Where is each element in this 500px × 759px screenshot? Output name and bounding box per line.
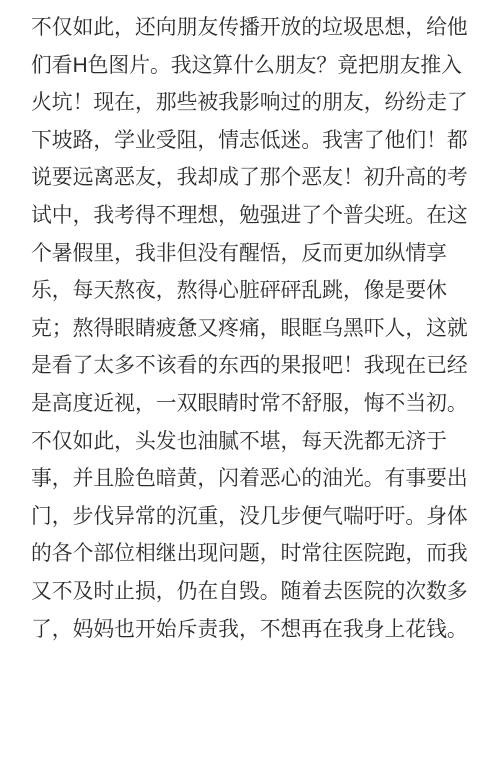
text-line: 又不及时止损，仍在自毁。随着去医院的次数多 (31, 573, 475, 611)
text-line: 了，妈妈也开始斥责我，不想再在我身上花钱。 (31, 611, 475, 649)
text-line: 克；熬得眼睛疲惫又疼痛，眼眶乌黑吓人，这就 (31, 310, 475, 348)
text-line: 是看了太多不该看的东西的果报吧！我现在已经 (31, 347, 475, 385)
text-line: 说要远离恶友，我却成了那个恶友！初升高的考 (31, 159, 475, 197)
text-line: 试中，我考得不理想，勉强进了个普尖班。在这 (31, 197, 475, 235)
text-line: 的各个部位相继出现问题，时常往医院跑，而我 (31, 535, 475, 573)
reading-area: 不仅如此，还向朋友传播开放的垃圾思想，给他 们看H色图片。我这算什么朋友？竟把朋… (31, 9, 475, 648)
text-line: 门，步伐异常的沉重，没几步便气喘吁吁。身体 (31, 498, 475, 536)
text-line: 们看H色图片。我这算什么朋友？竟把朋友推入 (31, 47, 475, 85)
page: { "page": { "background_color": "#ffffff… (0, 0, 500, 759)
text-line: 火坑！现在，那些被我影响过的朋友，纷纷走了 (31, 84, 475, 122)
text-line: 乐，每天熬夜，熬得心脏砰砰乱跳，像是要休 (31, 272, 475, 310)
text-line: 是高度近视，一双眼睛时常不舒服，悔不当初。 (31, 385, 475, 423)
text-line: 个暑假里，我非但没有醒悟，反而更加纵情享 (31, 235, 475, 273)
text-line: 不仅如此，头发也油腻不堪，每天洗都无济于 (31, 423, 475, 461)
text-line: 下坡路，学业受阻，情志低迷。我害了他们！都 (31, 122, 475, 160)
text-line: 事，并且脸色暗黄，闪着恶心的油光。有事要出 (31, 460, 475, 498)
text-line: 不仅如此，还向朋友传播开放的垃圾思想，给他 (31, 9, 475, 47)
